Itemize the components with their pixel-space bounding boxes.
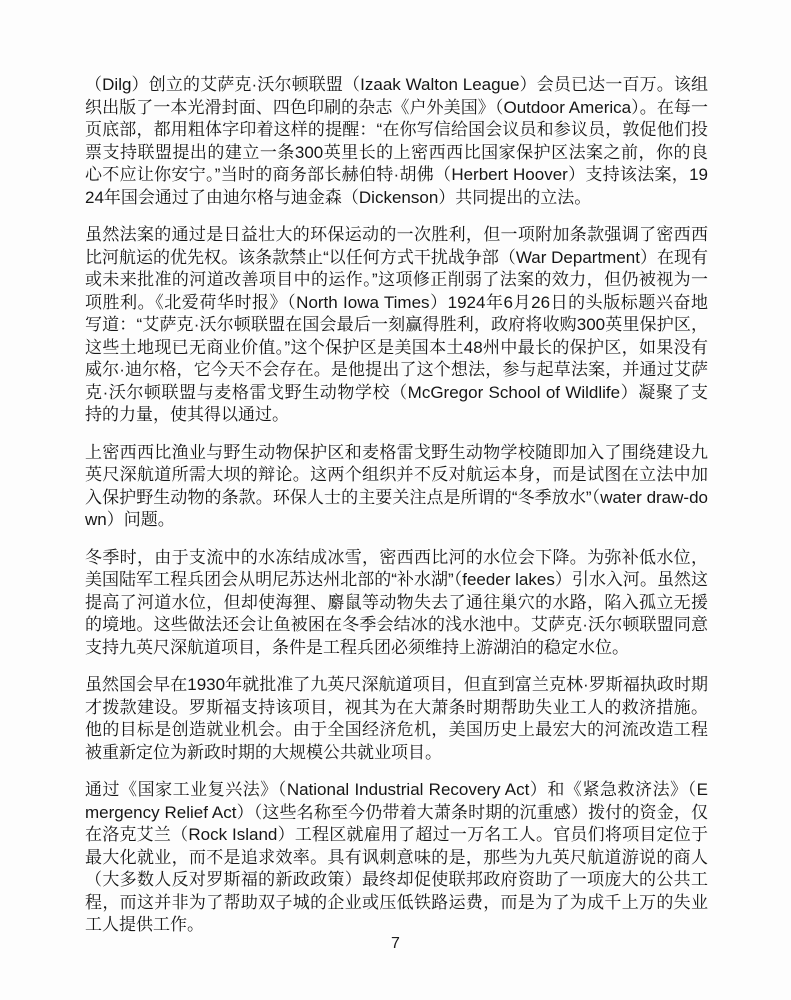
- paragraph-6: 通过《国家工业复兴法》（National Industrial Recovery…: [85, 779, 708, 937]
- paragraph-5: 虽然国会早在1930年就批准了九英尺深航道项目，但直到富兰克林·罗斯福执政时期才…: [85, 674, 708, 764]
- document-page: （Dilg）创立的艾萨克·沃尔顿联盟（Izaak Walton League）会…: [0, 0, 791, 1000]
- paragraph-4: 冬季时，由于支流中的水冻结成冰雪，密西西比河的水位会下降。为弥补低水位，美国陆军…: [85, 547, 708, 660]
- paragraph-1: （Dilg）创立的艾萨克·沃尔顿联盟（Izaak Walton League）会…: [85, 74, 708, 209]
- paragraph-2: 虽然法案的通过是日益壮大的环保运动的一次胜利，但一项附加条款强调了密西西比河航运…: [85, 224, 708, 427]
- page-number: 7: [0, 935, 791, 953]
- body-text-block: （Dilg）创立的艾萨克·沃尔顿联盟（Izaak Walton League）会…: [85, 74, 708, 952]
- paragraph-3: 上密西西比渔业与野生动物保护区和麦格雷戈野生动物学校随即加入了围绕建设九英尺深航…: [85, 442, 708, 532]
